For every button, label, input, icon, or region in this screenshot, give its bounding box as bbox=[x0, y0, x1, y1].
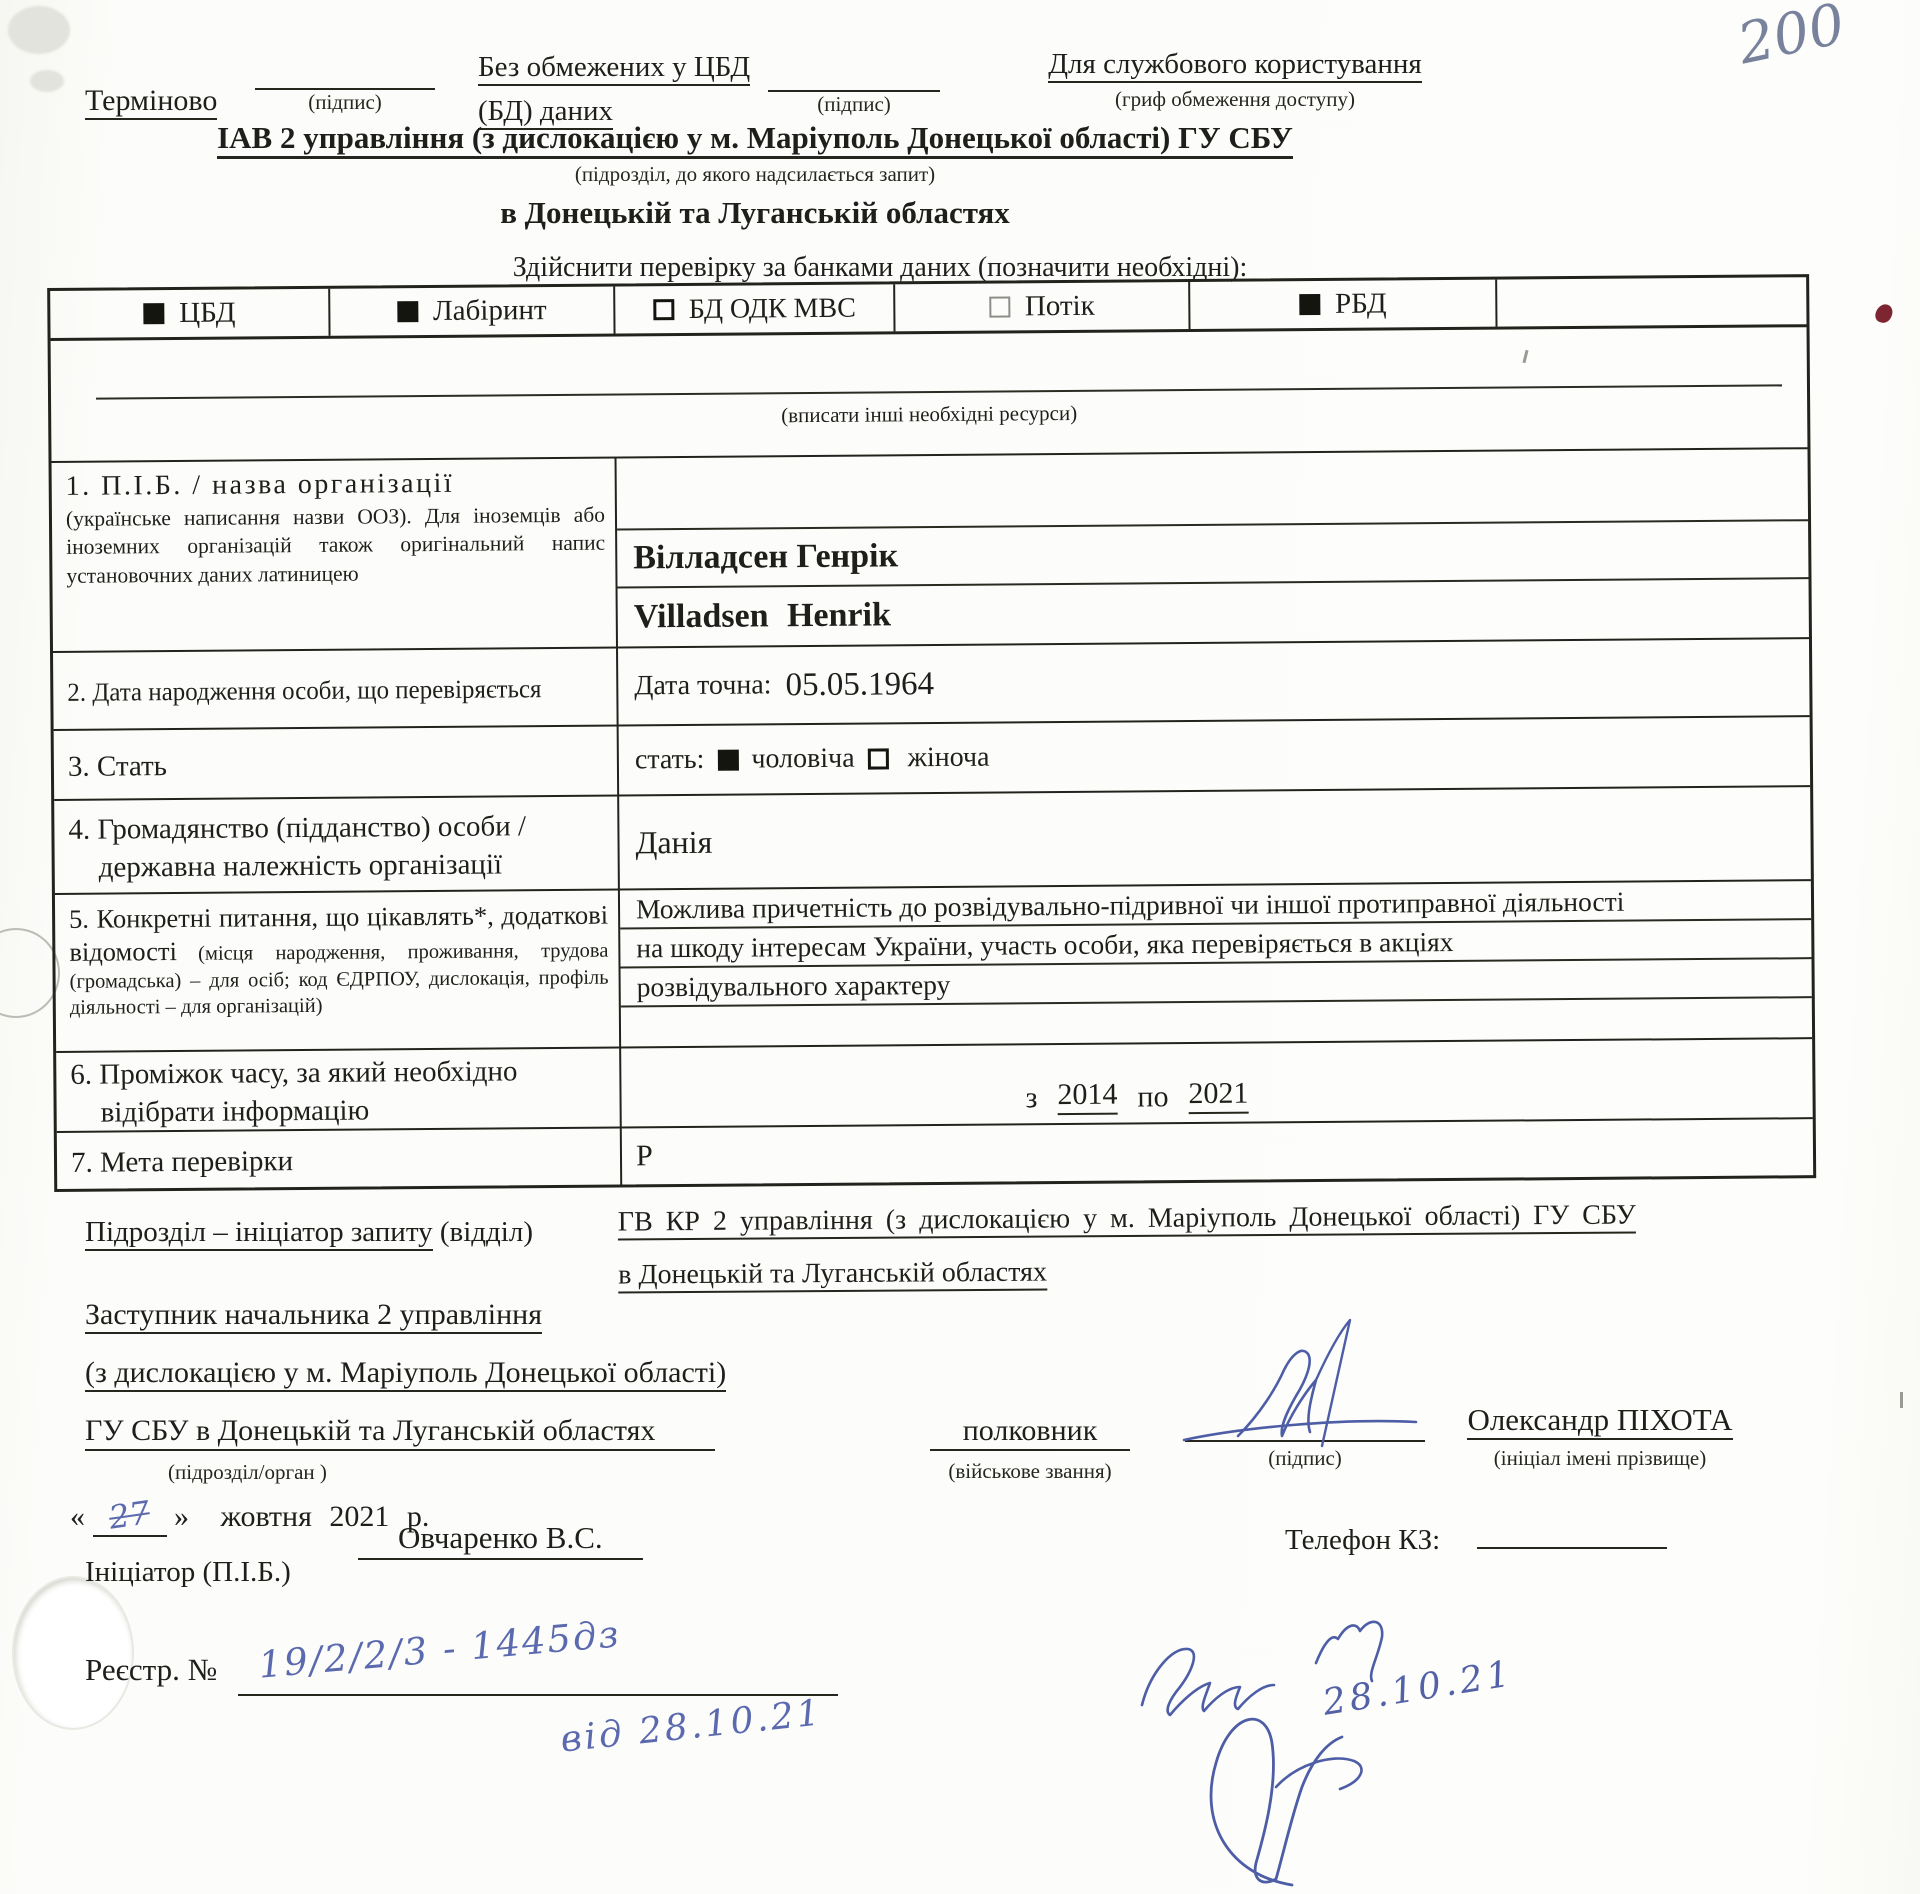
checkbox-icon bbox=[989, 296, 1010, 317]
databank-cell-empty bbox=[1497, 277, 1806, 326]
databank-label: ЦБД bbox=[179, 297, 236, 330]
signature-ink-bottom bbox=[1080, 1555, 1550, 1894]
field-label-purpose: 7. Мета перевірки bbox=[57, 1129, 622, 1189]
handwritten-registry-number: 19/2/2/3 - 1445дз bbox=[257, 1612, 622, 1686]
form-table: ЦБД Лабіринт БД ОДК МВС Потік РБД bbox=[47, 274, 1816, 1192]
recipient-title: ІАВ 2 управління (з дислокацією у м. Мар… bbox=[40, 120, 1470, 156]
initiator-unit-value: ГВ КР 2 управління (з дислокацією у м. М… bbox=[618, 1188, 1637, 1301]
period-prefix: з bbox=[1025, 1081, 1037, 1115]
classification-stamp: Для службового користування (гриф обмеже… bbox=[1035, 48, 1435, 112]
field-label-name: 1. П.І.Б. / назва організації (українськ… bbox=[52, 459, 618, 651]
signatory-name-caption: (ініціал імені прізвище) bbox=[1425, 1446, 1775, 1471]
field-value-name-uk: Вілладсен Генрік bbox=[617, 521, 1808, 588]
date-open-quote: « bbox=[70, 1500, 85, 1533]
phone-label: Телефон КЗ: bbox=[1285, 1524, 1667, 1557]
field-label-birthdate: 2. Дата народження особи, що перевіряєть… bbox=[53, 649, 619, 729]
field-label-citizenship: 4. Громадянство (підданство) особи / дер… bbox=[54, 797, 620, 893]
field-value-sex: стать: чоловіча жіноча bbox=[619, 717, 1810, 794]
handwritten-page-number: 200 bbox=[1732, 0, 1850, 77]
sex-prefix: стать: bbox=[635, 744, 705, 777]
signature-caption: (підпис) bbox=[255, 90, 435, 115]
signature-slot-left: (підпис) bbox=[255, 60, 435, 115]
scan-artifact-smudge bbox=[30, 70, 64, 92]
field-value-questions: Можлива причетність до розвідувально-під… bbox=[620, 881, 1812, 1046]
signatory-position-caption: (підрозділ/орган ) bbox=[168, 1460, 327, 1485]
other-resources-row: (вписати інші необхідні ресурси) bbox=[51, 327, 1808, 463]
date-day-slot: 27 bbox=[93, 1496, 167, 1537]
initiator-label: Ініціатор (П.І.Б.) bbox=[85, 1556, 291, 1589]
urgent-label: Терміново bbox=[85, 84, 217, 118]
form-row-citizenship: 4. Громадянство (підданство) особи / дер… bbox=[54, 787, 1811, 895]
databank-label: Потік bbox=[1025, 290, 1095, 324]
signatory-position-line1: Заступник начальника 2 управління bbox=[85, 1298, 542, 1332]
signature-slot-center: (підпис) bbox=[768, 64, 940, 117]
recipient-block: ІАВ 2 управління (з дислокацією у м. Мар… bbox=[40, 120, 1470, 231]
checkbox-icon-male bbox=[717, 749, 738, 770]
checkbox-icon bbox=[397, 301, 418, 322]
databank-label: БД ОДК МВС bbox=[689, 292, 856, 325]
field-label-questions: 5. Конкретні питання, що цікавлять*, дод… bbox=[55, 891, 621, 1051]
field-label-name-note: (українське написання назви ООЗ). Для ін… bbox=[66, 501, 606, 590]
field-value-period: з 2014 по 2021 bbox=[621, 1039, 1813, 1126]
signatory-name: Олександр ПІХОТА (ініціал імені прізвище… bbox=[1425, 1402, 1775, 1471]
checkbox-icon bbox=[653, 299, 674, 320]
date-close-quote: » bbox=[174, 1500, 189, 1533]
scan-artifact-punch-ring bbox=[0, 928, 60, 1018]
form-row-questions: 5. Конкретні питання, що цікавлять*, дод… bbox=[55, 881, 1812, 1053]
initiator-unit-label: Підрозділ – ініціатор запиту (відділ) bbox=[85, 1216, 533, 1249]
scan-artifact-smudge bbox=[8, 6, 70, 54]
classification-caption: (гриф обмеження доступу) bbox=[1035, 87, 1435, 112]
databank-label: Лабіринт bbox=[433, 294, 547, 328]
field-value-name: Вілладсен Генрік Villadsen Henrik bbox=[617, 449, 1809, 646]
databank-cell-labirynt: Лабіринт bbox=[330, 287, 615, 336]
phone-blank-line bbox=[1477, 1547, 1667, 1549]
field-label-period: 6. Проміжок часу, за який необхідно віді… bbox=[56, 1049, 622, 1131]
signature-ink-polkovnyk bbox=[1175, 1318, 1425, 1458]
period-to: 2021 bbox=[1188, 1077, 1248, 1114]
signature-line bbox=[255, 60, 435, 90]
signatory-rank-caption: (військове звання) bbox=[920, 1459, 1140, 1484]
form-row-birthdate: 2. Дата народження особи, що перевіряєть… bbox=[53, 639, 1810, 731]
recipient-region: в Донецькій та Луганській областях bbox=[40, 195, 1470, 231]
period-from: 2014 bbox=[1057, 1078, 1117, 1115]
checkbox-icon-female bbox=[868, 748, 889, 769]
form-row-name: 1. П.І.Б. / назва організації (українськ… bbox=[52, 449, 1809, 653]
databank-cell-potik: Потік bbox=[895, 282, 1190, 331]
signature-line bbox=[768, 64, 940, 92]
signatory-rank: полковник (військове звання) bbox=[920, 1414, 1140, 1484]
name-empty-line bbox=[617, 449, 1809, 530]
checkbox-icon bbox=[1299, 294, 1320, 315]
other-resources-caption: (вписати інші необхідні ресурси) bbox=[51, 395, 1807, 434]
initiator-name: Овчаренко В.С. bbox=[358, 1520, 643, 1560]
handwritten-registry-date: від 28.10.21 bbox=[559, 1692, 825, 1760]
field-value-citizenship: Данія bbox=[619, 787, 1811, 888]
registry-label: Реєстр. № bbox=[85, 1652, 217, 1688]
recipient-caption: (підрозділ, до якого надсилається запит) bbox=[40, 162, 1470, 187]
registry-blank-line bbox=[238, 1694, 838, 1696]
databank-label: РБД bbox=[1335, 287, 1387, 320]
databank-cell-cbd: ЦБД bbox=[50, 289, 330, 338]
sex-female-label: жіноча bbox=[907, 742, 989, 775]
scan-artifact-speck bbox=[1900, 1392, 1903, 1408]
signatory-position-line2: (з дислокацією у м. Маріуполь Донецької … bbox=[85, 1356, 726, 1390]
questions-line-empty bbox=[621, 998, 1812, 1046]
field-label-name-main: 1. П.І.Б. / назва організації bbox=[66, 467, 605, 503]
scan-artifact-red-dot bbox=[1873, 302, 1895, 325]
handwritten-date-day: 27 bbox=[107, 1493, 153, 1536]
sex-male-label: чоловіча bbox=[751, 743, 854, 776]
checkbox-icon bbox=[143, 303, 164, 324]
databank-cell-rbd: РБД bbox=[1190, 280, 1497, 329]
period-mid: по bbox=[1137, 1080, 1168, 1114]
birthdate-value: 05.05.1964 bbox=[785, 666, 934, 704]
field-value-name-latin: Villadsen Henrik bbox=[618, 579, 1809, 646]
form-row-period: 6. Проміжок часу, за який необхідно віді… bbox=[56, 1039, 1813, 1133]
field-label-sex: 3. Стать bbox=[54, 727, 620, 799]
field-value-birthdate: Дата точна: 05.05.1964 bbox=[618, 639, 1810, 724]
signature-caption: (підпис) bbox=[768, 92, 940, 117]
field-value-purpose: Р bbox=[622, 1119, 1813, 1184]
signatory-position-line3: ГУ СБУ в Донецькій та Луганській областя… bbox=[85, 1414, 715, 1451]
scanned-form-page: 200 Терміново (підпис) Без обмежених у Ц… bbox=[0, 0, 1920, 1894]
birthdate-prefix: Дата точна: bbox=[634, 669, 771, 702]
databank-cell-bd-odk-mvs: БД ОДК МВС bbox=[615, 284, 895, 333]
